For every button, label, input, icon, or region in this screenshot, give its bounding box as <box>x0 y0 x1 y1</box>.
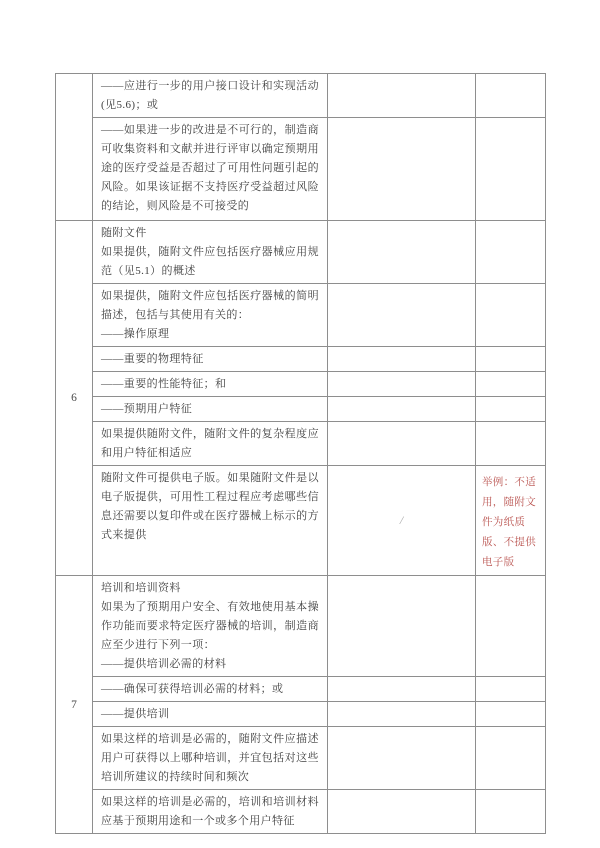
remark-cell <box>476 727 545 789</box>
table-row: ——提供培训 <box>93 702 545 727</box>
requirement-text-cell: ——提供培训 <box>93 702 328 726</box>
row-number-cell: 7 <box>56 576 93 833</box>
evaluation-cell <box>328 118 476 220</box>
evaluation-cell <box>328 576 476 676</box>
table-row: ——预期用户特征 <box>93 397 545 422</box>
requirement-text-cell: 随附文件可提供电子版。如果随附文件是以电子版提供，可用性工程过程应考虑哪些信息还… <box>93 466 328 575</box>
requirement-text-cell: 如果这样的培训是必需的，随附文件应描述用户可获得以上哪种培训，并宜包括对这些培训… <box>93 727 328 789</box>
table-row: 如果这样的培训是必需的，培训和培训材料应基于预期用途和一个或多个用户特征 <box>93 790 545 833</box>
evaluation-cell <box>328 727 476 789</box>
requirement-text-cell: ——重要的物理特征 <box>93 347 328 371</box>
requirement-text-cell: 如果提供，随附文件应包括医疗器械的简明描述，包括与其使用有关的： ——操作原理 <box>93 284 328 346</box>
evaluation-cell <box>328 221 476 283</box>
table-row: 如果这样的培训是必需的，随附文件应描述用户可获得以上哪种培训，并宜包括对这些培训… <box>93 727 545 790</box>
requirement-text-cell: ——重要的性能特征；和 <box>93 372 328 396</box>
table-row: 随附文件可提供电子版。如果随附文件是以电子版提供，可用性工程过程应考虑哪些信息还… <box>93 466 545 575</box>
remark-cell <box>476 221 545 283</box>
table-row: ——如果进一步的改进是不可行的，制造商可收集资料和文献并进行评审以确定预期用途的… <box>93 118 545 220</box>
evaluation-cell <box>328 702 476 726</box>
table-row: ——确保可获得培训必需的材料；或 <box>93 677 545 702</box>
table-row: 培训和培训资料 如果为了预期用户安全、有效地使用基本操作功能而要求特定医疗器械的… <box>93 576 545 677</box>
evaluation-cell <box>328 74 476 117</box>
remark-cell <box>476 422 545 465</box>
table-row: ——重要的性能特征；和 <box>93 372 545 397</box>
row-number-cell: 6 <box>56 221 93 575</box>
document-page: ——应进行一步的用户接口设计和实现活动(见5.6)；或 ——如果进一步的改进是不… <box>0 0 600 848</box>
remark-cell <box>476 702 545 726</box>
evaluation-cell <box>328 284 476 346</box>
evaluation-cell <box>328 422 476 465</box>
slash-mark: / <box>400 513 403 528</box>
remark-cell <box>476 677 545 701</box>
requirement-text-cell: 如果这样的培训是必需的，培训和培训材料应基于预期用途和一个或多个用户特征 <box>93 790 328 833</box>
evaluation-cell <box>328 790 476 833</box>
checklist-table: ——应进行一步的用户接口设计和实现活动(见5.6)；或 ——如果进一步的改进是不… <box>55 73 546 834</box>
remark-cell <box>476 372 545 396</box>
evaluation-cell <box>328 347 476 371</box>
row-group-rows: 随附文件 如果提供，随附文件应包括医疗器械应用规范（见5.1）的概述 如果提供，… <box>93 221 545 575</box>
requirement-text-cell: ——确保可获得培训必需的材料；或 <box>93 677 328 701</box>
table-row-group: 7 培训和培训资料 如果为了预期用户安全、有效地使用基本操作功能而要求特定医疗器… <box>56 576 545 833</box>
row-number-cell <box>56 74 93 220</box>
table-row: ——应进行一步的用户接口设计和实现活动(见5.6)；或 <box>93 74 545 118</box>
evaluation-cell <box>328 372 476 396</box>
requirement-text-cell: 随附文件 如果提供，随附文件应包括医疗器械应用规范（见5.1）的概述 <box>93 221 328 283</box>
table-row: ——重要的物理特征 <box>93 347 545 372</box>
remark-cell: 举例：不适用，随附文件为纸质版、不提供电子版 <box>476 466 545 575</box>
row-group-rows: 培训和培训资料 如果为了预期用户安全、有效地使用基本操作功能而要求特定医疗器械的… <box>93 576 545 833</box>
remark-cell <box>476 576 545 676</box>
table-row-group: 6 随附文件 如果提供，随附文件应包括医疗器械应用规范（见5.1）的概述 如果提… <box>56 221 545 576</box>
table-row-group: ——应进行一步的用户接口设计和实现活动(见5.6)；或 ——如果进一步的改进是不… <box>56 74 545 221</box>
table-row: 如果提供随附文件，随附文件的复杂程度应和用户特征相适应 <box>93 422 545 466</box>
requirement-text-cell: ——如果进一步的改进是不可行的，制造商可收集资料和文献并进行评审以确定预期用途的… <box>93 118 328 220</box>
evaluation-cell <box>328 397 476 421</box>
evaluation-cell: / <box>328 466 476 575</box>
requirement-text-cell: 培训和培训资料 如果为了预期用户安全、有效地使用基本操作功能而要求特定医疗器械的… <box>93 576 328 676</box>
remark-cell <box>476 790 545 833</box>
row-group-rows: ——应进行一步的用户接口设计和实现活动(见5.6)；或 ——如果进一步的改进是不… <box>93 74 545 220</box>
remark-cell <box>476 397 545 421</box>
requirement-text-cell: ——应进行一步的用户接口设计和实现活动(见5.6)；或 <box>93 74 328 117</box>
requirement-text-cell: ——预期用户特征 <box>93 397 328 421</box>
remark-cell <box>476 347 545 371</box>
table-row: 如果提供，随附文件应包括医疗器械的简明描述，包括与其使用有关的： ——操作原理 <box>93 284 545 347</box>
remark-cell <box>476 284 545 346</box>
evaluation-cell <box>328 677 476 701</box>
table-row: 随附文件 如果提供，随附文件应包括医疗器械应用规范（见5.1）的概述 <box>93 221 545 284</box>
requirement-text-cell: 如果提供随附文件，随附文件的复杂程度应和用户特征相适应 <box>93 422 328 465</box>
remark-cell <box>476 74 545 117</box>
remark-cell <box>476 118 545 220</box>
